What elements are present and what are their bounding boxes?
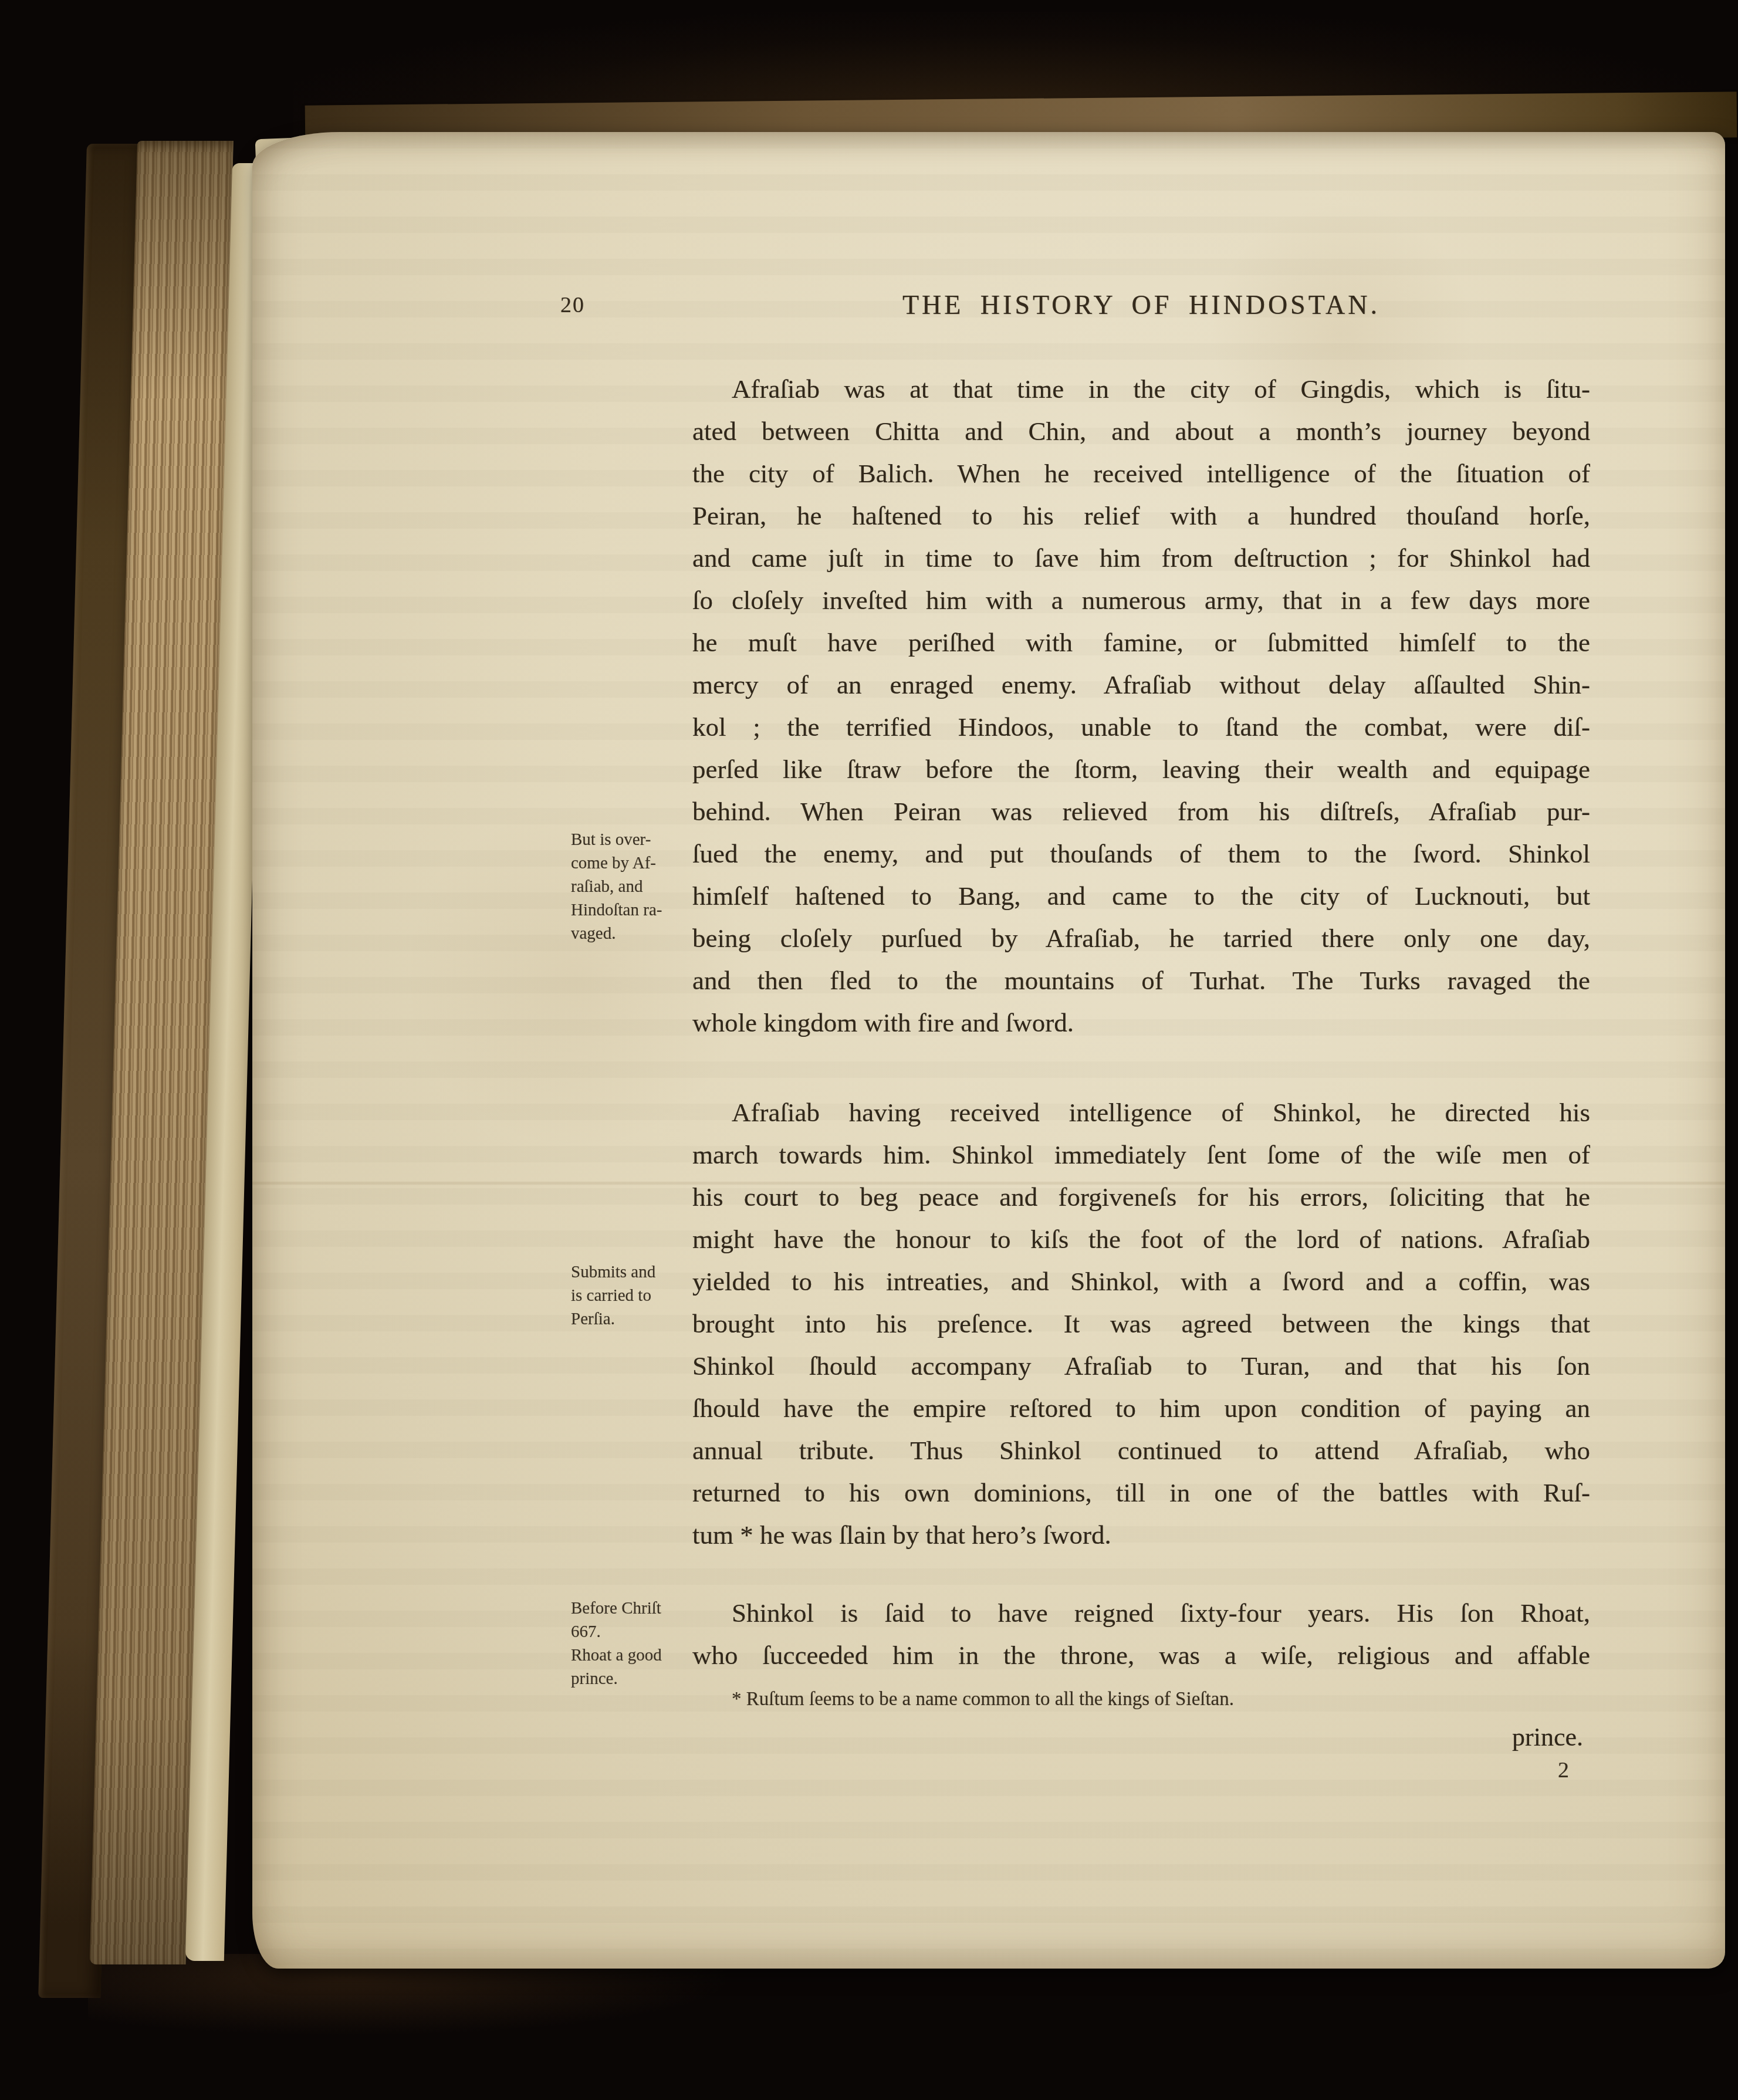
paragraph: Afraſiab was at that time in the city of…: [692, 368, 1590, 1044]
text-line: who ſucceeded him in the throne, was a w…: [692, 1634, 1590, 1676]
text-line: ated between Chitta and Chin, and about …: [692, 410, 1590, 452]
book-page: 20 THE HISTORY OF HINDOSTAN. But is over…: [252, 132, 1725, 1969]
text-line: he muſt have periſhed with famine, or ſu…: [692, 621, 1590, 664]
text-line: tum * he was ſlain by that hero’s ſword.: [692, 1514, 1590, 1556]
text-line: yielded to his intreaties, and Shinkol, …: [692, 1260, 1590, 1303]
margin-note-line: vaged.: [571, 922, 695, 945]
page-number: 20: [560, 292, 613, 318]
paragraph: Afraſiab having received intelligence of…: [692, 1091, 1590, 1556]
margin-note: Submits andis carried toPerſia.: [571, 1260, 695, 1331]
text-line: being cloſely purſued by Afraſiab, he ta…: [692, 917, 1590, 959]
footnote: * Ruſtum ſeems to be a name common to al…: [692, 1686, 1590, 1713]
text-line: ſued the enemy, and put thouſands of the…: [692, 833, 1590, 875]
margin-note: Before Chriſt667.Rhoat a goodprince.: [571, 1597, 695, 1690]
text-line: Afraſiab having received intelligence of…: [692, 1091, 1590, 1134]
text-line: Shinkol ſhould accompany Afraſiab to Tur…: [692, 1345, 1590, 1387]
text-line: Afraſiab was at that time in the city of…: [692, 368, 1590, 410]
margin-note-line: Before Chriſt: [571, 1597, 695, 1620]
text-line: kol ; the terrified Hindoos, unable to ſ…: [692, 706, 1590, 748]
margin-note-line: is carried to: [571, 1284, 695, 1307]
margin-note-line: Hindoſtan ra-: [571, 898, 695, 922]
margin-note-line: prince.: [571, 1667, 695, 1690]
text-line: mercy of an enraged enemy. Afraſiab with…: [692, 664, 1590, 706]
text-line: Shinkol is ſaid to have reigned ſixty-fo…: [692, 1592, 1590, 1634]
text-line: behind. When Peiran was relieved from hi…: [692, 790, 1590, 833]
margin-note-line: Rhoat a good: [571, 1644, 695, 1667]
text-line: ſhould have the empire reſtored to him u…: [692, 1387, 1590, 1429]
running-head-title: THE HISTORY OF HINDOSTAN.: [692, 289, 1590, 320]
margin-note-line: raſiab, and: [571, 875, 695, 898]
text-line: the city of Balich. When he received int…: [692, 452, 1590, 495]
margin-note: But is over-come by Af-raſiab, andHindoſ…: [571, 828, 695, 945]
catchword: prince.: [692, 1722, 1590, 1753]
text-line: himſelf haſtened to Bang, and came to th…: [692, 875, 1590, 917]
margin-note-line: Submits and: [571, 1260, 695, 1284]
text-line: brought into his preſence. It was agreed…: [692, 1303, 1590, 1345]
text-line: march towards him. Shinkol immediately ſ…: [692, 1134, 1590, 1176]
text-line: perſed like ſtraw before the ſtorm, leav…: [692, 748, 1590, 790]
paragraph: Shinkol is ſaid to have reigned ſixty-fo…: [692, 1592, 1590, 1676]
margin-note-line: 667.: [571, 1620, 695, 1644]
signature-mark: 2: [692, 1757, 1590, 1783]
text-line: Peiran, he haſtened to his relief with a…: [692, 495, 1590, 537]
text-line: might have the honour to kiſs the foot o…: [692, 1218, 1590, 1260]
margin-note-line: But is over-: [571, 828, 695, 851]
text-line: ſo cloſely inveſted him with a numerous …: [692, 579, 1590, 621]
body-text: Afraſiab was at that time in the city of…: [692, 368, 1590, 1783]
book-scan-scene: 20 THE HISTORY OF HINDOSTAN. But is over…: [0, 0, 1738, 2100]
text-line: whole kingdom with fire and ſword.: [692, 1002, 1590, 1044]
text-line: returned to his own dominions, till in o…: [692, 1472, 1590, 1514]
margin-note-line: Perſia.: [571, 1307, 695, 1331]
text-line: and came juſt in time to ſave him from d…: [692, 537, 1590, 579]
text-line: and then fled to the mountains of Turhat…: [692, 959, 1590, 1002]
text-line: his court to beg peace and forgiveneſs f…: [692, 1176, 1590, 1218]
text-line: annual tribute. Thus Shinkol continued t…: [692, 1429, 1590, 1472]
margin-note-line: come by Af-: [571, 851, 695, 875]
